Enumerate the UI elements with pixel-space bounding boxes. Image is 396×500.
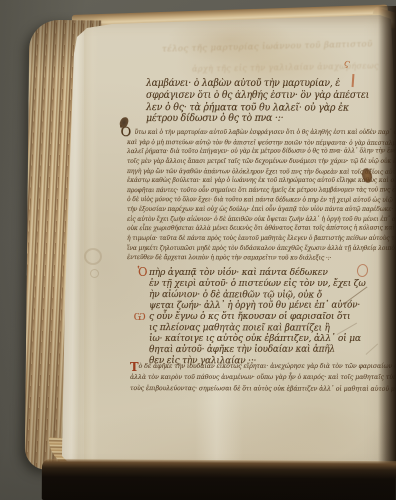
gospel-line: Ὁπὴρ ἀγαπᾷ τὸν υἱόν· καὶ πάντα δέδωκεν <box>149 267 366 278</box>
gospel-line: ἰω· καίτοιγε ις αὐτὸς οὐκ ἐβάπτιζεν, ἀλλ… <box>149 333 366 344</box>
commentary-line-text: ὸ δὲ ἀφῆκε τὴν ἰουδαίαν εἰκότως εἴρηται·… <box>139 362 396 370</box>
commentary-line: προφῆται πάντες· τοῦτο οὖν σημαίνει ὅτι … <box>127 185 396 195</box>
commentary-line: ἐντεῦθεν δὲ ἄρχεται λοιπὸν ἡ πρὸς τὴν σα… <box>127 253 396 264</box>
faded-round-stain <box>84 248 102 265</box>
gutter-shadow <box>378 6 396 478</box>
gospel-line: ψεται ζωήν· ἀλλ᾽ ἡ ὀργὴ τοῦ θυ μένει ἐπ᾽… <box>149 300 361 311</box>
faded-heading-line: ἀρχὴ τῆς εἰς τὴν γαλιλαίαν ἀναχωρήσεως <box>192 61 379 73</box>
commentary-line: τοὺς ἐπιβουλεύοντας· σημείωσαι δὲ ὅτι αὐ… <box>130 384 396 396</box>
gospel-line: μέτρου δίδωσιν ὁ θς τὸ πνα ·:· <box>146 113 371 125</box>
commentary-line: ἵνα μηκέτι ζηλοτυπῶσι μηδὲ πρὸς τὸν διδά… <box>127 244 396 254</box>
rubric-initial-letter: Τ <box>121 360 138 374</box>
faded-round-stain <box>90 269 99 278</box>
commentary-block-2: Τὸ δὲ ἀφῆκε τὴν ἰουδαίαν εἰκότως εἴρηται… <box>130 362 396 396</box>
commentary-line: τοῖς μὲν γὰρ ἄλλοις ἅπασι μετρεῖ ταῖς τῶ… <box>127 157 396 167</box>
commentary-line: ὕτω καὶ ὁ τὴν μαρτυρίαν αὐτοῦ λαβὼν ἐσφρ… <box>127 128 396 138</box>
gospel-line: λαμβάνει· ὁ λαβὼν αὐτοῦ τὴν μαρτυρίαν, ἐ <box>146 78 369 90</box>
faded-heading-line: τέλος τῆς μαρτυρίας ἰωάννου τοῦ βαπτιστο… <box>162 39 373 54</box>
commentary-line: ἑκάστῳ καθὼς βούλεται· καὶ γὰρ ὁ ἰωάννης… <box>127 176 396 186</box>
bottom-edge-shadow <box>42 459 396 500</box>
gospel-line: σφράγισεν ὅτι ὁ θς ἀληθής ἐστιν· ὃν γὰρ … <box>146 90 369 102</box>
gospel-line-text: ς οὖν ἔγνω ὁ κς ὅτι ἤκουσαν οἱ φαρισαῖοι… <box>149 311 350 322</box>
repair-strip-shadow <box>84 12 98 474</box>
rubric-initial-letter: Ὁ <box>138 265 148 279</box>
photo-backdrop: τέλος τῆς μαρτυρίας ἰωάννου τοῦ βαπτιστο… <box>0 0 396 500</box>
commentary-line: τὴν ἐξουσίαν παρέχων καὶ οὐχ ὡς δούλῳ· ἐ… <box>127 205 396 215</box>
commentary-line: Τὸ δὲ ἀφῆκε τὴν ἰουδαίαν εἰκότως εἴρηται… <box>130 362 396 373</box>
commentary-line: οὐκ εἶπε χωρισθήσεται ἀλλὰ μένει δεικνὺς… <box>127 224 396 234</box>
gospel-line: Ѡς οὖν ἔγνω ὁ κς ὅτι ἤκουσαν οἱ φαρισαῖο… <box>149 311 366 322</box>
commentary-line: ἀλλὰ τὸν καιρὸν τοῦ πάθους ἀναμένων· οὔπ… <box>130 373 396 384</box>
gospel-line: ις πλείονας μαθητὰς ποιεῖ καὶ βαπτίζει ἢ <box>149 322 363 334</box>
gospel-line: ἐν τῇ χειρὶ αὐτοῦ· ὁ πιστεύων εἰς τὸν υν… <box>149 278 366 289</box>
commentary-block-1: Ὁ ὕτω καὶ ὁ τὴν μαρτυρίαν αὐτοῦ λαβὼν ἐσ… <box>127 128 396 263</box>
gospel-line: θηταὶ αὐτοῦ· ἀφῆκε τὴν ἰουδαίαν καὶ ἀπῆλ <box>149 344 361 355</box>
rubric-initial-letter: Ѡ <box>134 311 145 323</box>
commentary-line: λαλεῖ ῥήματα· διὰ τοῦτο ἐπήγαγεν· οὐ γὰρ… <box>127 147 396 157</box>
gospel-text-block-2: Ὁπὴρ ἀγαπᾷ τὸν υἱόν· καὶ πάντα δέδωκεν ἐ… <box>149 267 377 366</box>
commentary-line: ἡ τιμωρία· ταῦτα δὲ πάντα πρὸς τοὺς ἑαυτ… <box>127 234 396 244</box>
gospel-line-text: πὴρ ἀγαπᾷ τὸν υἱόν· καὶ πάντα δέδωκεν <box>149 267 328 278</box>
parchment-page: τέλος τῆς μαρτυρίας ἰωάννου τοῦ βαπτιστο… <box>50 12 396 474</box>
